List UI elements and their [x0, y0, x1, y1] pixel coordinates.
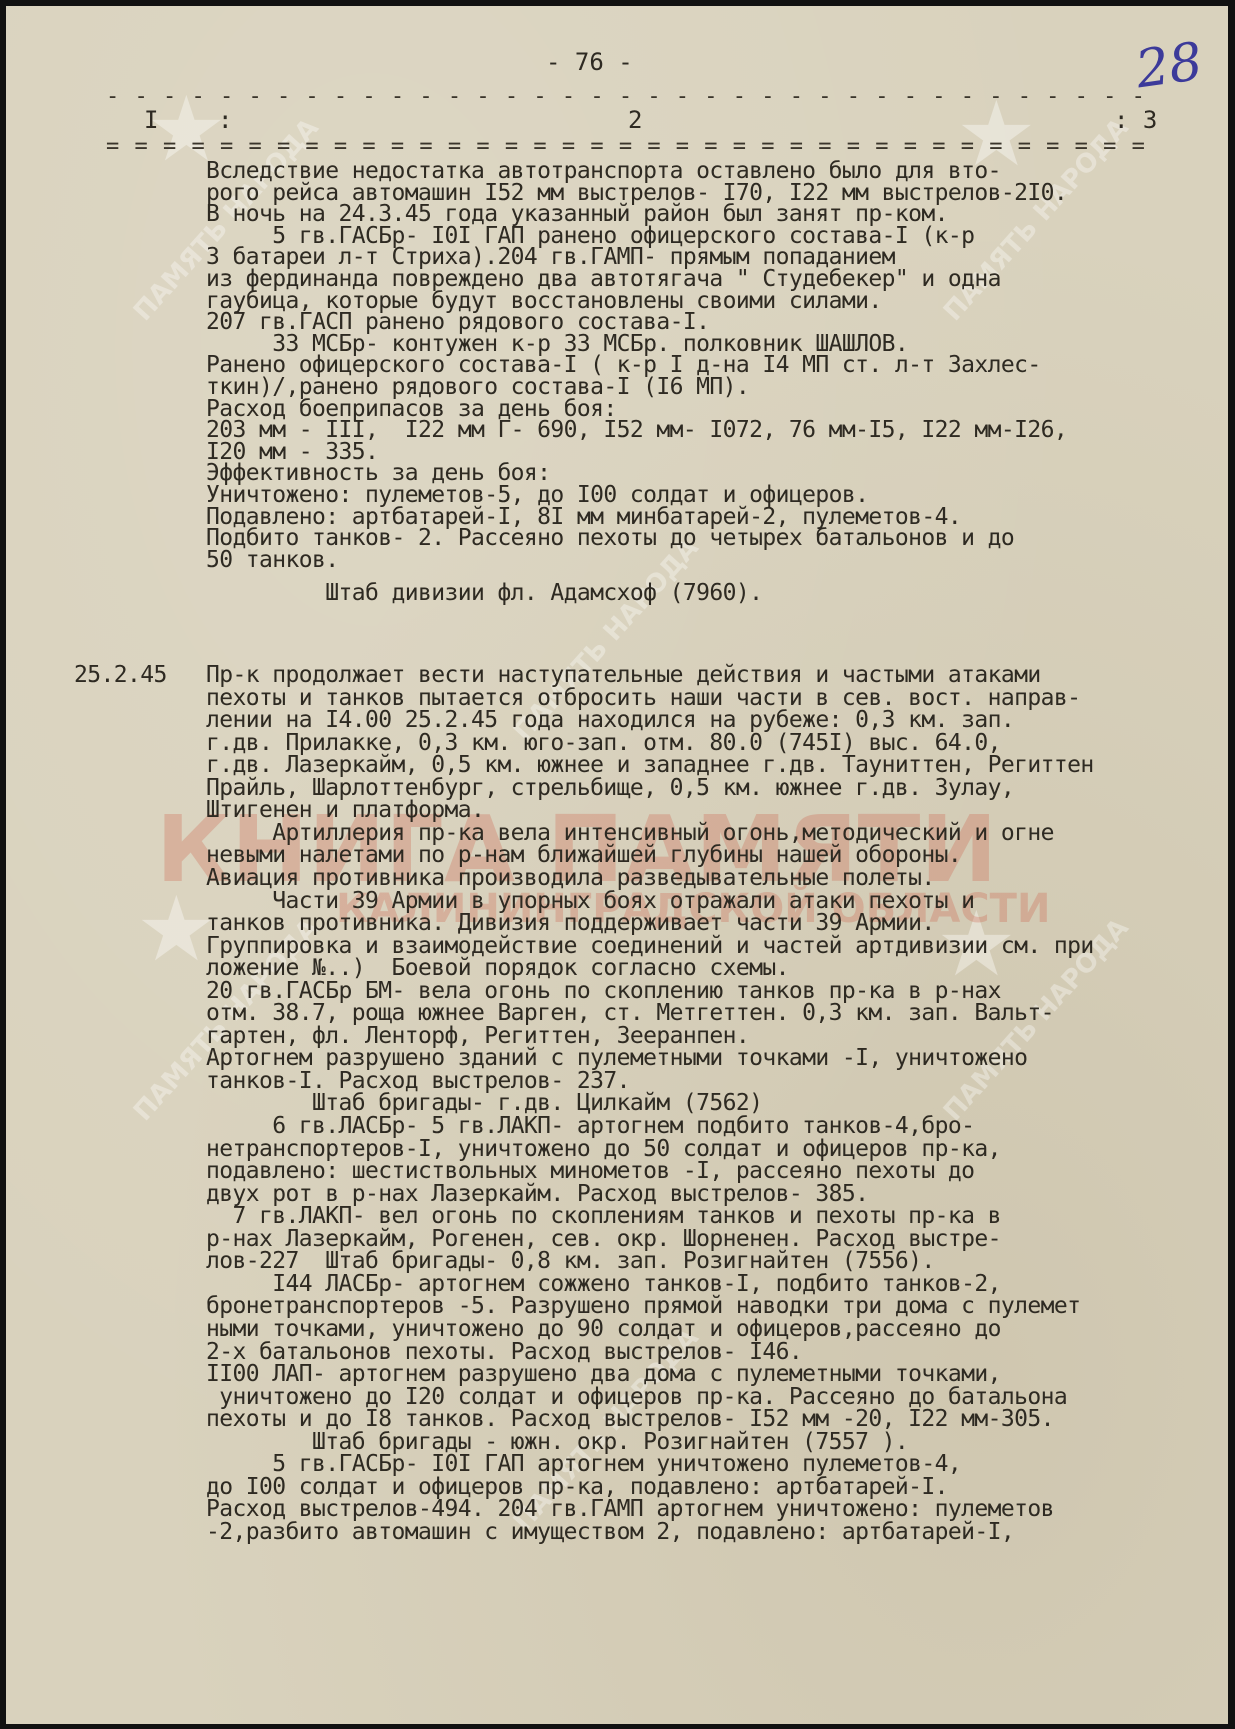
entry-date: 25.2.45	[74, 662, 167, 688]
column-header-3: : 3	[1114, 106, 1157, 134]
document-page: ★ ★ ★ ★ ПАМЯТЬ НАРОДА ПАМЯТЬ НАРОДА ПАМЯ…	[6, 6, 1228, 1724]
report-line: -2,разбито автомашин с имуществом 2, под…	[206, 1519, 1014, 1545]
column-header-1: I	[144, 106, 158, 134]
report-line: Штаб дивизии фл. Адамсхоф (7960).	[206, 580, 762, 606]
page-number: - 76 -	[546, 48, 633, 76]
column-header-2: 2	[628, 106, 642, 134]
header-rule-double: = = = = = = = = = = = = = = = = = = = = …	[106, 134, 1161, 159]
star-watermark-icon: ★	[136, 886, 217, 976]
column-header-separator: :	[218, 106, 232, 134]
report-line: 50 танков.	[206, 547, 338, 573]
